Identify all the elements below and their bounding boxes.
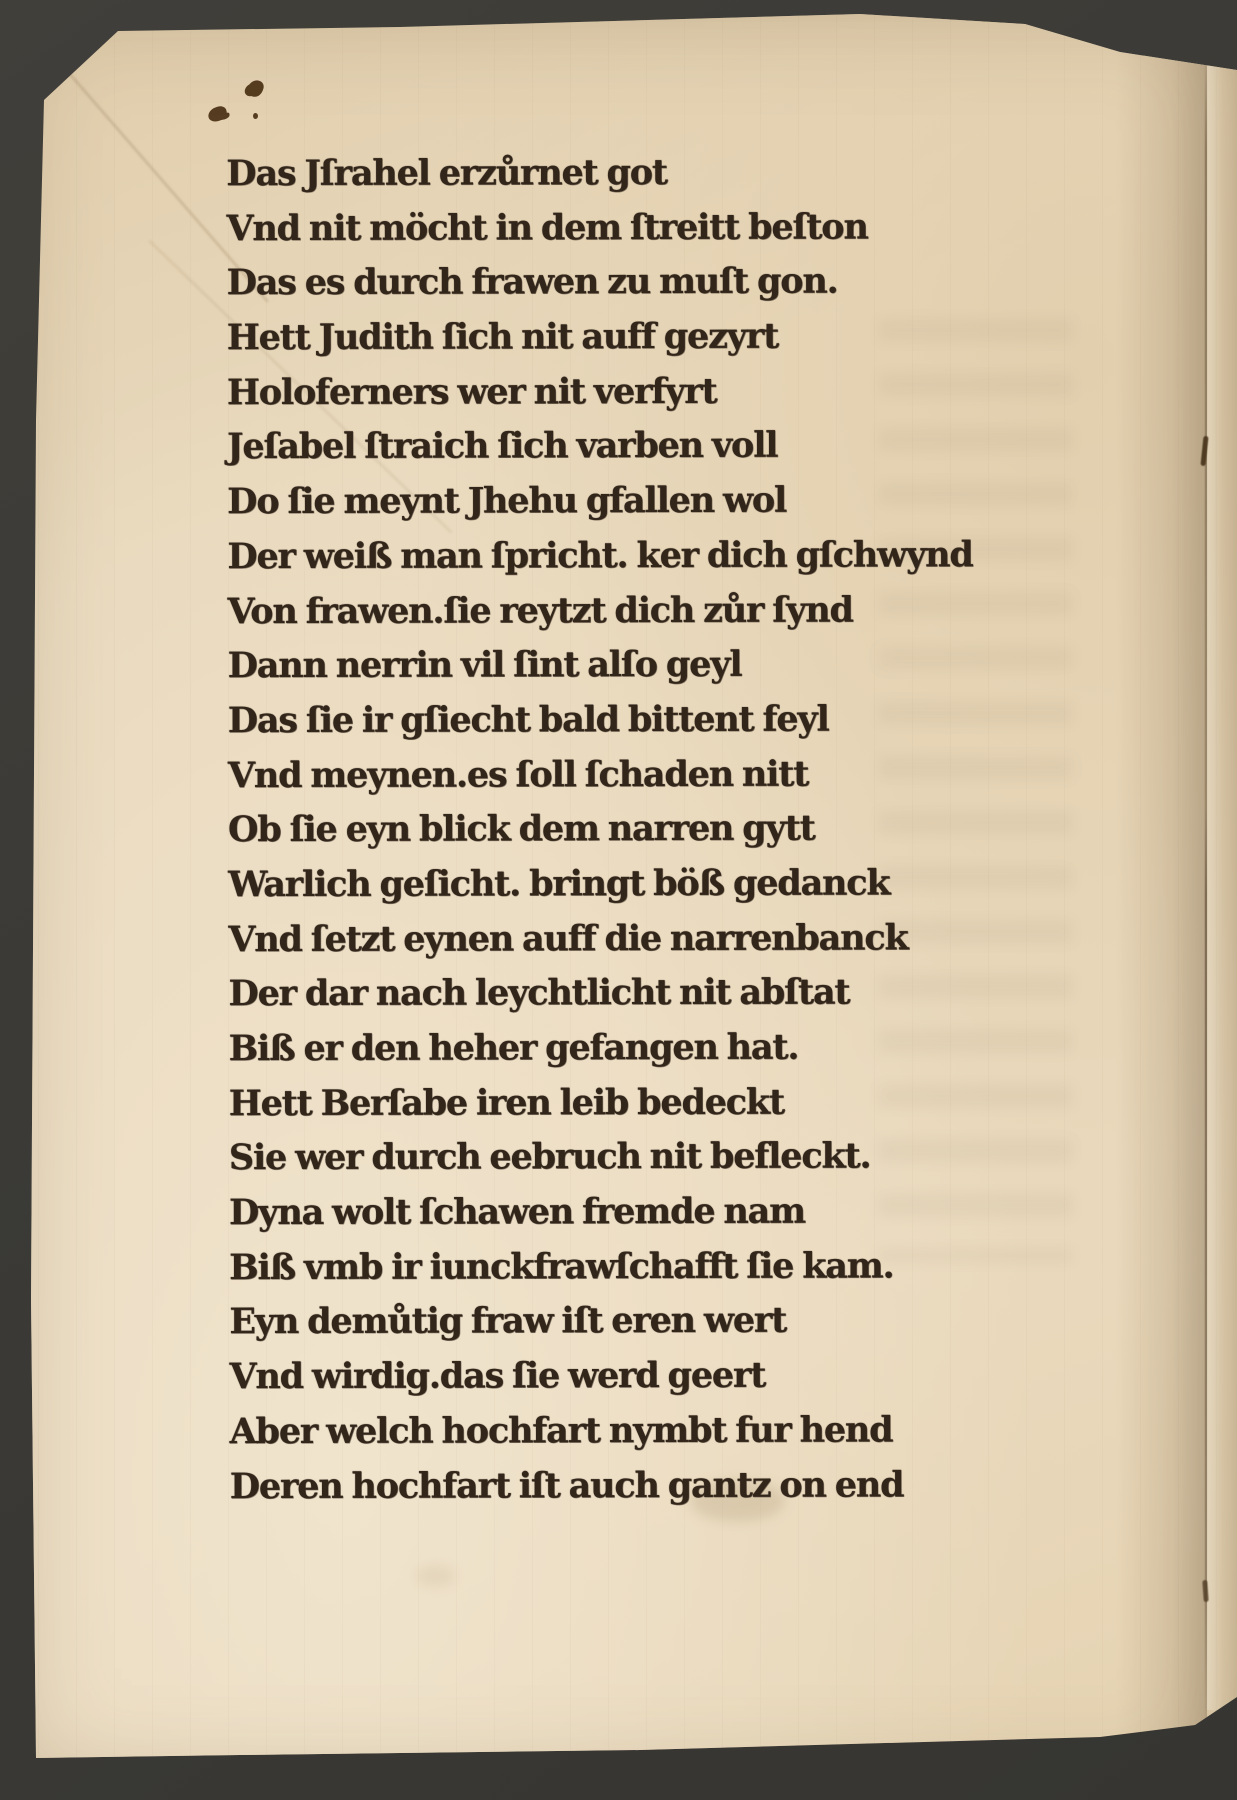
poem-line: Der dar nach leychtlicht nit abſtat — [228, 965, 1108, 1022]
poem-line: Biß vmb ir iunckfrawſchafft ſie kam. — [229, 1239, 1109, 1296]
poem-line: Hett Judith ſich nit auff gezyrt — [227, 309, 1107, 366]
ink-dot — [253, 113, 258, 119]
poem-line: Dyna wolt ſchawen fremde nam — [229, 1184, 1109, 1241]
poem-line: Ob ſie eyn blick dem narren gytt — [228, 801, 1108, 858]
poem-line: Vnd nit möcht in dem ſtreitt beſton — [226, 200, 1106, 257]
ink-blot — [246, 78, 266, 99]
poem-line: Jeſabel ſtraich ſich varben voll — [227, 418, 1107, 475]
poem-line: Aber welch hochfart nymbt fur hend — [230, 1403, 1110, 1460]
poem-line: Sie wer durch eebruch nit befleckt. — [229, 1129, 1109, 1186]
ink-blot — [207, 105, 229, 123]
poem-line: Das Jſrahel erzůrnet got — [226, 145, 1106, 202]
paper-stain — [415, 1565, 455, 1587]
poem-line: Hett Berſabe iren leib bedeckt — [229, 1075, 1109, 1132]
poem-line: Biß er den heher gefangen hat. — [229, 1020, 1109, 1077]
poem-line: Deren hochfart iſt auch gantz on end — [230, 1457, 1110, 1514]
book-page: Das Jſrahel erzůrnet gotVnd nit möcht in… — [0, 0, 1237, 1800]
poem-line: Das ſie ir gſiecht bald bittent feyl — [228, 692, 1108, 749]
poem-line: Der weiß man ſpricht. ker dich gſchwynd — [227, 528, 1107, 585]
gutter-shadow — [1115, 0, 1207, 1800]
poem-line: Von frawen.ſie reytzt dich zůr ſynd — [227, 582, 1107, 639]
poem-line: Vnd meynen.es ſoll ſchaden nitt — [228, 746, 1108, 803]
poem-line: Do ſie meynt Jhehu gfallen wol — [227, 473, 1107, 530]
poem-line: Vnd ſetzt eynen auff die narrenbanck — [228, 910, 1108, 967]
poem: Das Jſrahel erzůrnet gotVnd nit möcht in… — [226, 145, 1110, 1514]
page-edge-strip — [1207, 50, 1237, 1710]
poem-line: Das es durch frawen zu muſt gon. — [226, 254, 1106, 311]
poem-line: Eyn demůtig fraw iſt eren wert — [229, 1293, 1109, 1350]
poem-line: Vnd wirdig.das ſie werd geert — [229, 1348, 1109, 1405]
scan-background: Das Jſrahel erzůrnet gotVnd nit möcht in… — [0, 0, 1237, 1800]
poem-line: Dann nerrin vil ſint alſo geyl — [228, 637, 1108, 694]
poem-line: Holoferners wer nit verfyrt — [227, 364, 1107, 421]
poem-line: Warlich geſicht. bringt böß gedanck — [228, 856, 1108, 913]
